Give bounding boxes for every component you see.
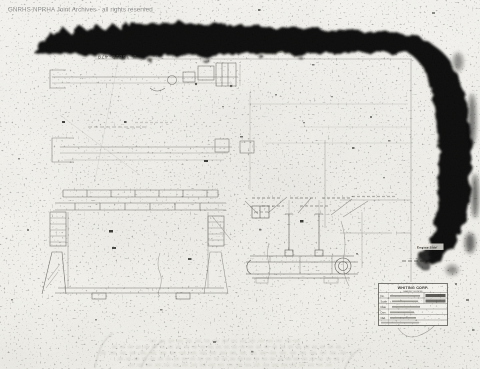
drawing-scan-artwork: WHITING CORP. HARVEY, ILLINOIS No. Scale… — [0, 0, 480, 369]
scanned-drawing-sheet: WHITING CORP. HARVEY, ILLINOIS No. Scale… — [0, 0, 480, 369]
scan-fine-grain — [0, 0, 480, 369]
